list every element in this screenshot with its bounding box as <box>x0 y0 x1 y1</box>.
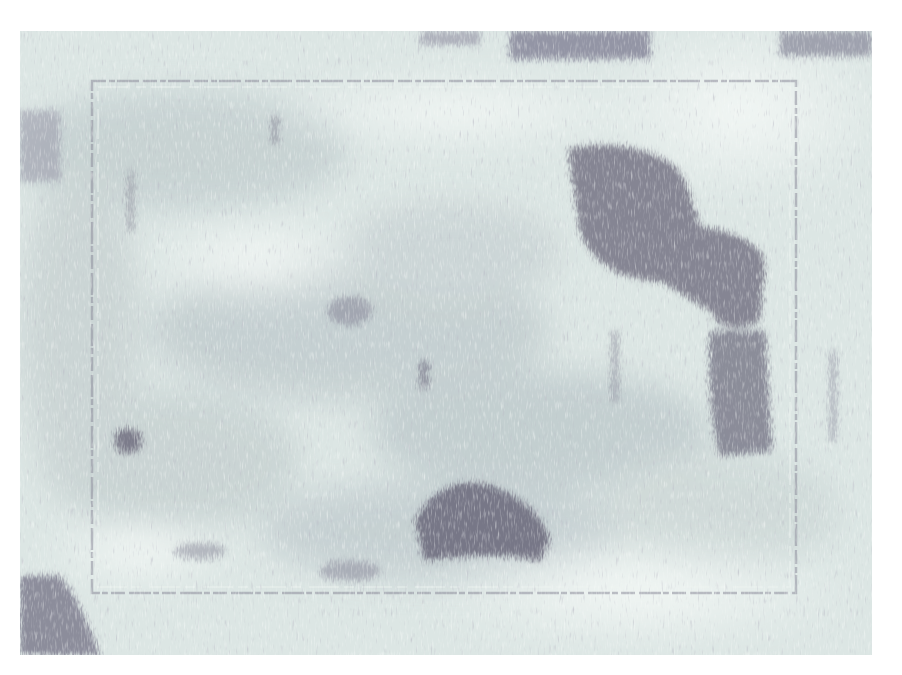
product-photo <box>0 0 902 675</box>
rug <box>20 31 872 655</box>
rug-texture <box>20 31 872 655</box>
